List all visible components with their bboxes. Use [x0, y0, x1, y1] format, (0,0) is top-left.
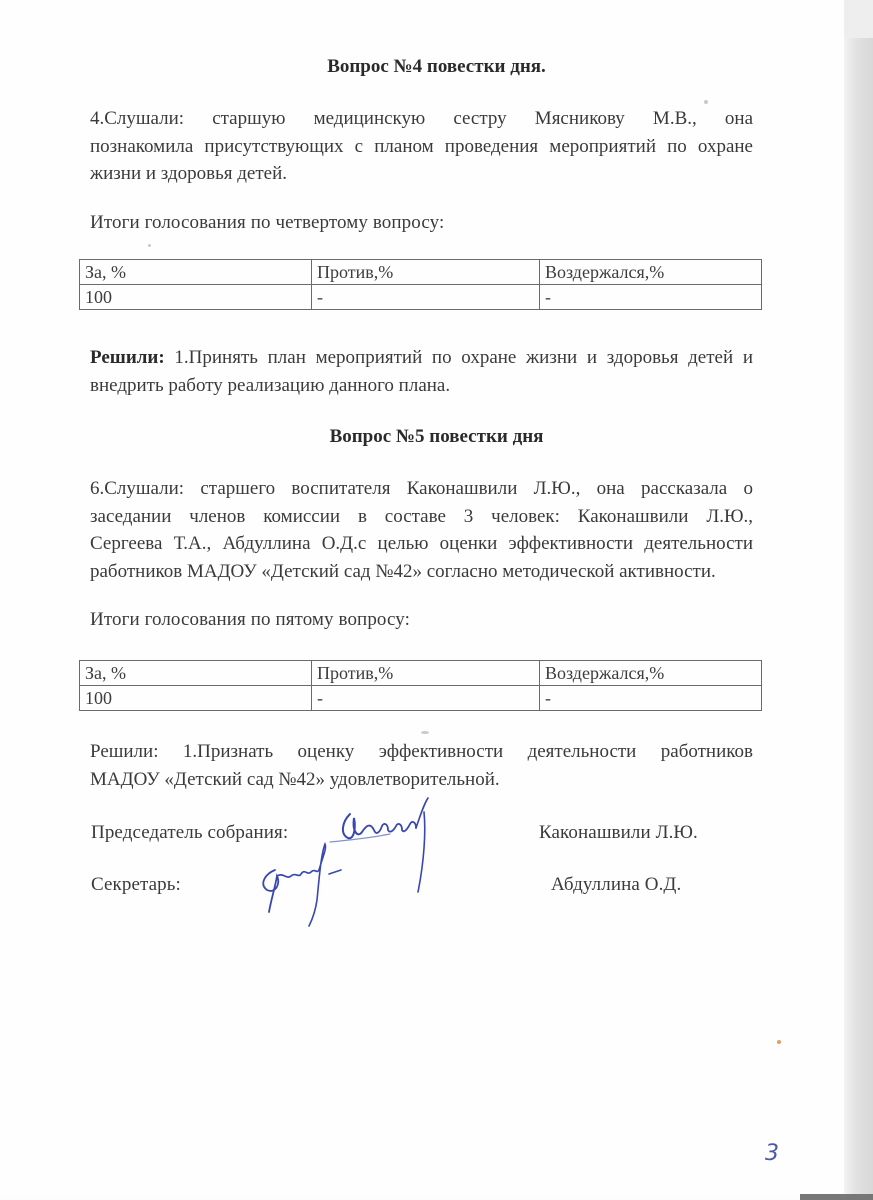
section-4-votes-table: За, % Против,% Воздержался,% 100 - - [79, 259, 762, 310]
decision-label: Решили: [90, 347, 165, 368]
scanner-bottom-edge [800, 1194, 873, 1200]
header-abstained: Воздержался,% [540, 260, 762, 285]
section-4-heard-line-1: 4.Слушали: старшую медицинскую сестру Мя… [90, 105, 753, 133]
value-against: - [312, 686, 540, 711]
section-5-votes-table: За, % Против,% Воздержался,% 100 - - [79, 660, 762, 711]
section-4-decision-line-2: внедрить работу реализацию данного плана… [90, 372, 753, 400]
section-5-heard-line-3: Сергеева Т.А., Абдуллина О.Д.с целью оце… [90, 530, 753, 558]
value-for: 100 [80, 285, 312, 310]
section-4-heading: Вопрос №4 повестки дня. [0, 56, 873, 78]
section-4-heard-line-2: познакомила присутствующих с планом пров… [90, 133, 753, 161]
section-4-decision-paragraph: Решили: 1.Принять план мероприятий по ох… [90, 344, 753, 399]
scanned-page: Вопрос №4 повестки дня. 4.Слушали: старш… [0, 0, 844, 1195]
table-header-row: За, % Против,% Воздержался,% [80, 661, 762, 686]
section-4-heard-paragraph: 4.Слушали: старшую медицинскую сестру Мя… [90, 105, 753, 188]
section-5-heard-line-1: 6.Слушали: старшего воспитателя Каконашв… [90, 475, 753, 503]
secretary-label: Секретарь: [91, 871, 181, 898]
table-row: 100 - - [80, 285, 762, 310]
section-5-heard-line-2: заседании членов комиссии в составе 3 че… [90, 503, 753, 531]
header-for: За, % [80, 260, 312, 285]
page-number: 3 [765, 1141, 779, 1166]
header-against: Против,% [312, 260, 540, 285]
value-for: 100 [80, 686, 312, 711]
scanner-edge [844, 0, 873, 1200]
scan-speck [421, 731, 429, 734]
scan-speck [777, 1040, 781, 1044]
secretary-signature-icon [245, 840, 355, 930]
scan-speck [704, 100, 708, 104]
table-header-row: За, % Против,% Воздержался,% [80, 260, 762, 285]
section-5-heard-line-4: работников МАДОУ «Детский сад №42» согла… [90, 558, 753, 586]
value-abstained: - [540, 686, 762, 711]
section-4-votes-caption: Итоги голосования по четвертому вопросу: [90, 209, 444, 236]
chair-name: Каконашвили Л.Ю. [539, 819, 698, 846]
section-5-heard-paragraph: 6.Слушали: старшего воспитателя Каконашв… [90, 475, 753, 585]
decision-label: Решили: [90, 741, 158, 762]
header-for: За, % [80, 661, 312, 686]
header-against: Против,% [312, 661, 540, 686]
scan-speck [148, 244, 151, 247]
section-4-heard-line-3: жизни и здоровья детей. [90, 160, 753, 188]
header-abstained: Воздержался,% [540, 661, 762, 686]
section-5-decision-line-2: МАДОУ «Детский сад №42» удовлетворительн… [90, 766, 753, 794]
section-5-decision-line-1: Решили: 1.Признать оценку эффективности … [90, 738, 753, 766]
section-5-votes-caption: Итоги голосования по пятому вопросу: [90, 606, 410, 633]
value-abstained: - [540, 285, 762, 310]
section-4-decision-line-1: Решили: 1.Принять план мероприятий по ох… [90, 344, 753, 372]
scanner-edge-top [844, 0, 873, 38]
secretary-name: Абдуллина О.Д. [551, 871, 681, 898]
table-row: 100 - - [80, 686, 762, 711]
decision-text: 1.Признать оценку эффективности деятельн… [183, 741, 753, 762]
value-against: - [312, 285, 540, 310]
section-5-decision-paragraph: Решили: 1.Признать оценку эффективности … [90, 738, 753, 793]
section-5-heading: Вопрос №5 повестки дня [0, 426, 873, 448]
decision-text: 1.Принять план мероприятий по охране жиз… [174, 347, 753, 368]
